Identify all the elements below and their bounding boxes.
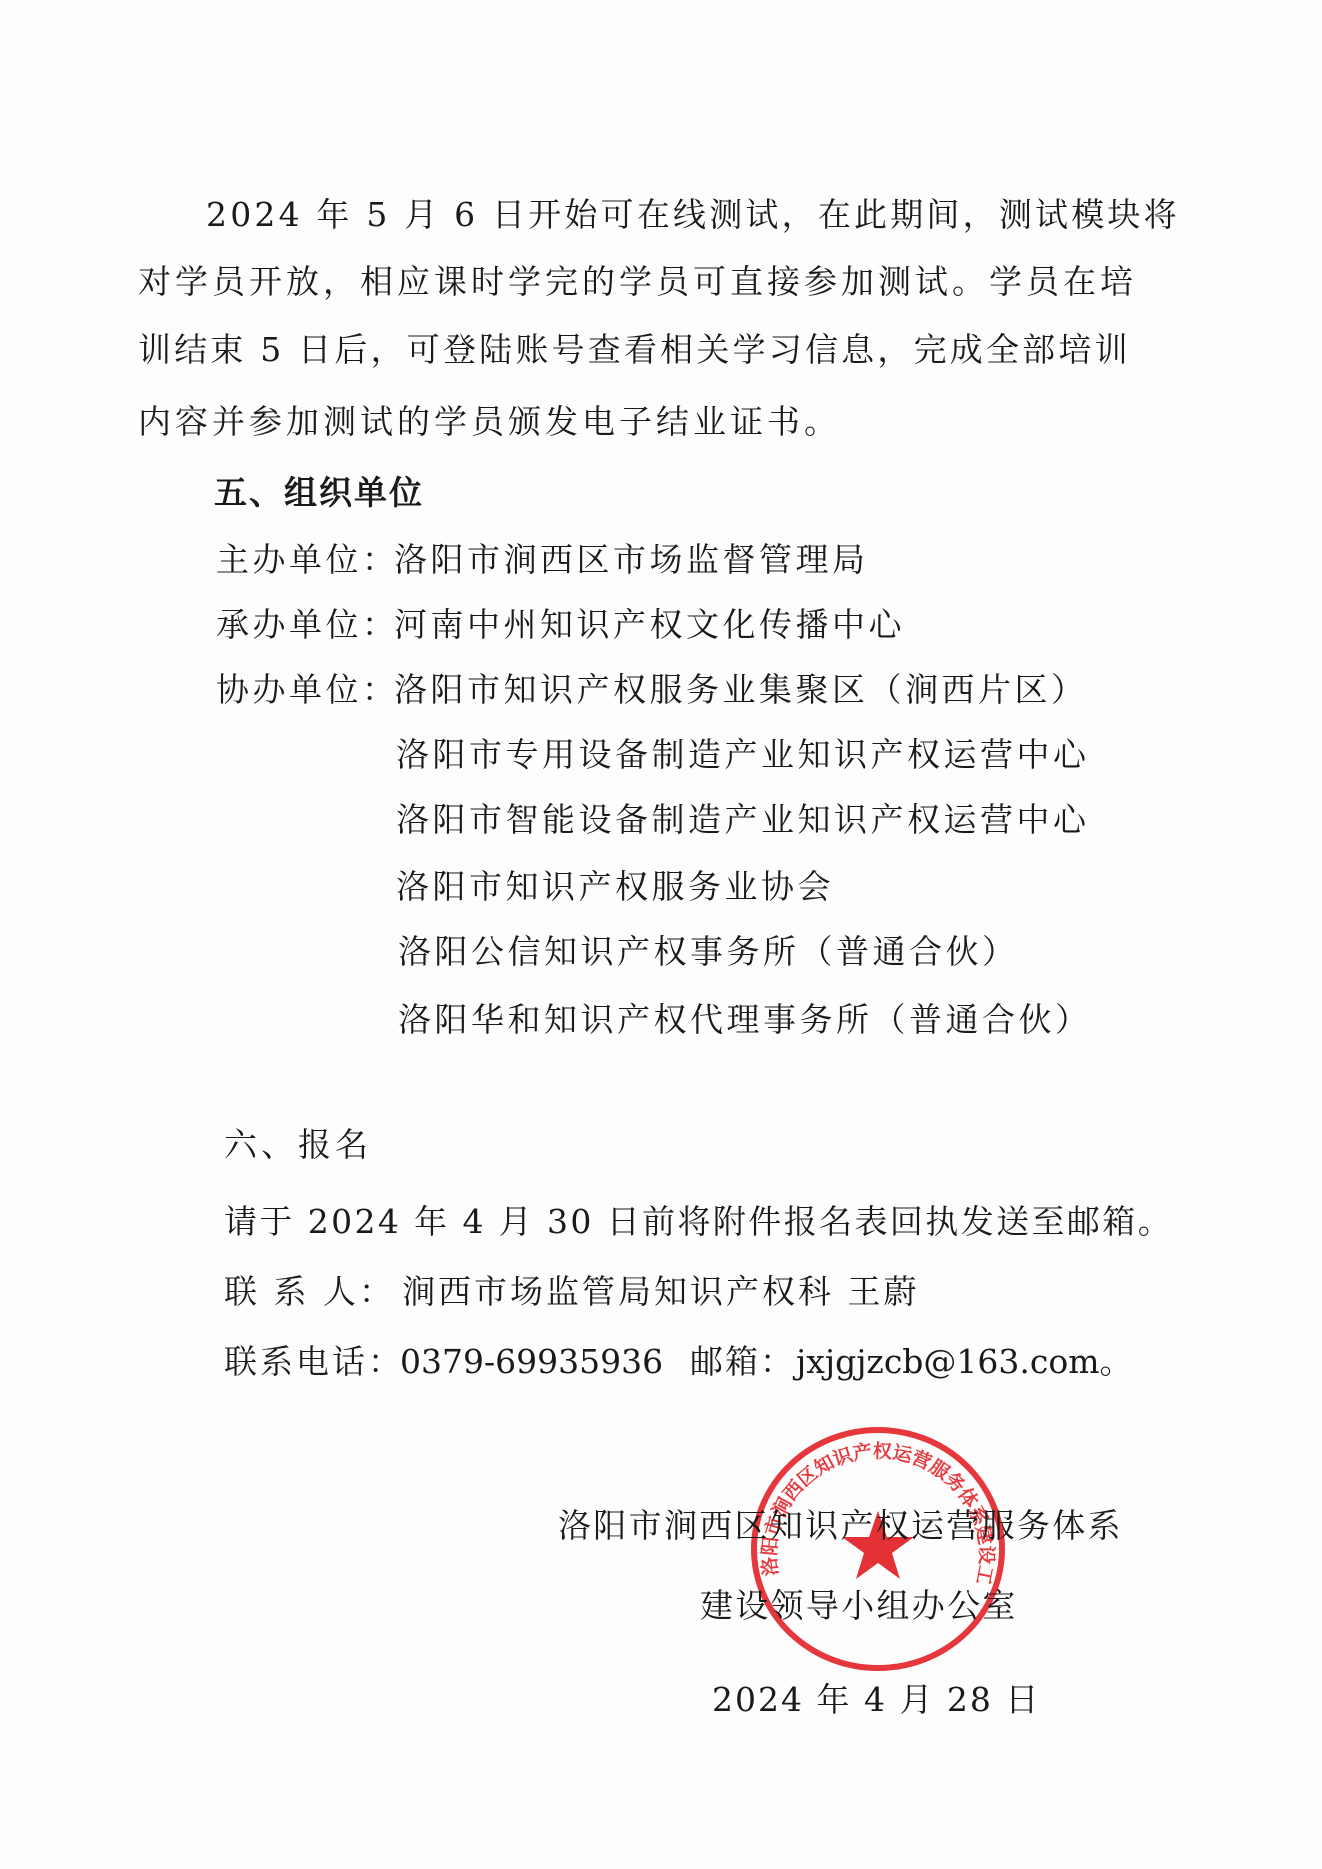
co-organizer-label: 协办单位：	[216, 670, 399, 710]
organizer-label: 承办单位：	[216, 605, 399, 645]
signature-date: 2024 年 4 月 28 日	[712, 1680, 1040, 1720]
phone-value: 0379-69935936	[400, 1342, 663, 1382]
paragraph-line: 内容并参加测试的学员颁发电子结业证书。	[138, 402, 841, 442]
co-organizer-item: 洛阳市知识产权服务业协会	[396, 867, 834, 907]
co-organizer-item: 洛阳市专用设备制造产业知识产权运营中心	[396, 735, 1090, 775]
host-label: 主办单位：	[216, 540, 399, 580]
official-seal: 洛阳市涧西区知识产权运营服务体系建设工作领导小组办公室	[748, 1425, 1008, 1675]
co-organizer-item: 洛阳市智能设备制造产业知识产权运营中心	[396, 800, 1090, 840]
signature-org-line2: 建设领导小组办公室	[700, 1586, 1018, 1626]
registration-deadline: 请于 2024 年 4 月 30 日前将附件报名表回执发送至邮箱。	[224, 1202, 1173, 1242]
host-value: 洛阳市涧西区市场监督管理局	[394, 540, 869, 580]
contact-value: 涧西市场监管局知识产权科 王蔚	[402, 1272, 920, 1312]
co-organizer-item: 洛阳市知识产权服务业集聚区（涧西片区）	[394, 670, 1088, 710]
contact-label: 联 系 人：	[224, 1272, 395, 1312]
paragraph-line: 训结束 5 日后，可登陆账号查看相关学习信息，完成全部培训	[138, 330, 1131, 370]
section-heading-registration: 六、报名	[224, 1125, 372, 1165]
paragraph-line: 对学员开放，相应课时学完的学员可直接参加测试。学员在培	[138, 262, 1137, 302]
paragraph-line: 2024 年 5 月 6 日开始可在线测试，在此期间，测试模块将	[206, 195, 1180, 235]
email-label: 邮箱：	[690, 1342, 795, 1382]
email-value[interactable]: jxjgjzcb@163.com。	[796, 1342, 1133, 1382]
section-heading-organizers: 五、组织单位	[214, 473, 424, 513]
co-organizer-item: 洛阳公信知识产权事务所（普通合伙）	[398, 932, 1019, 972]
document-page: 2024 年 5 月 6 日开始可在线测试，在此期间，测试模块将 对学员开放，相…	[0, 0, 1322, 1869]
organizer-value: 河南中州知识产权文化传播中心	[394, 605, 905, 645]
signature-org-line1: 洛阳市涧西区知识产权运营服务体系	[558, 1506, 1123, 1546]
co-organizer-item: 洛阳华和知识产权代理事务所（普通合伙）	[398, 1000, 1092, 1040]
phone-label: 联系电话：	[224, 1342, 404, 1382]
